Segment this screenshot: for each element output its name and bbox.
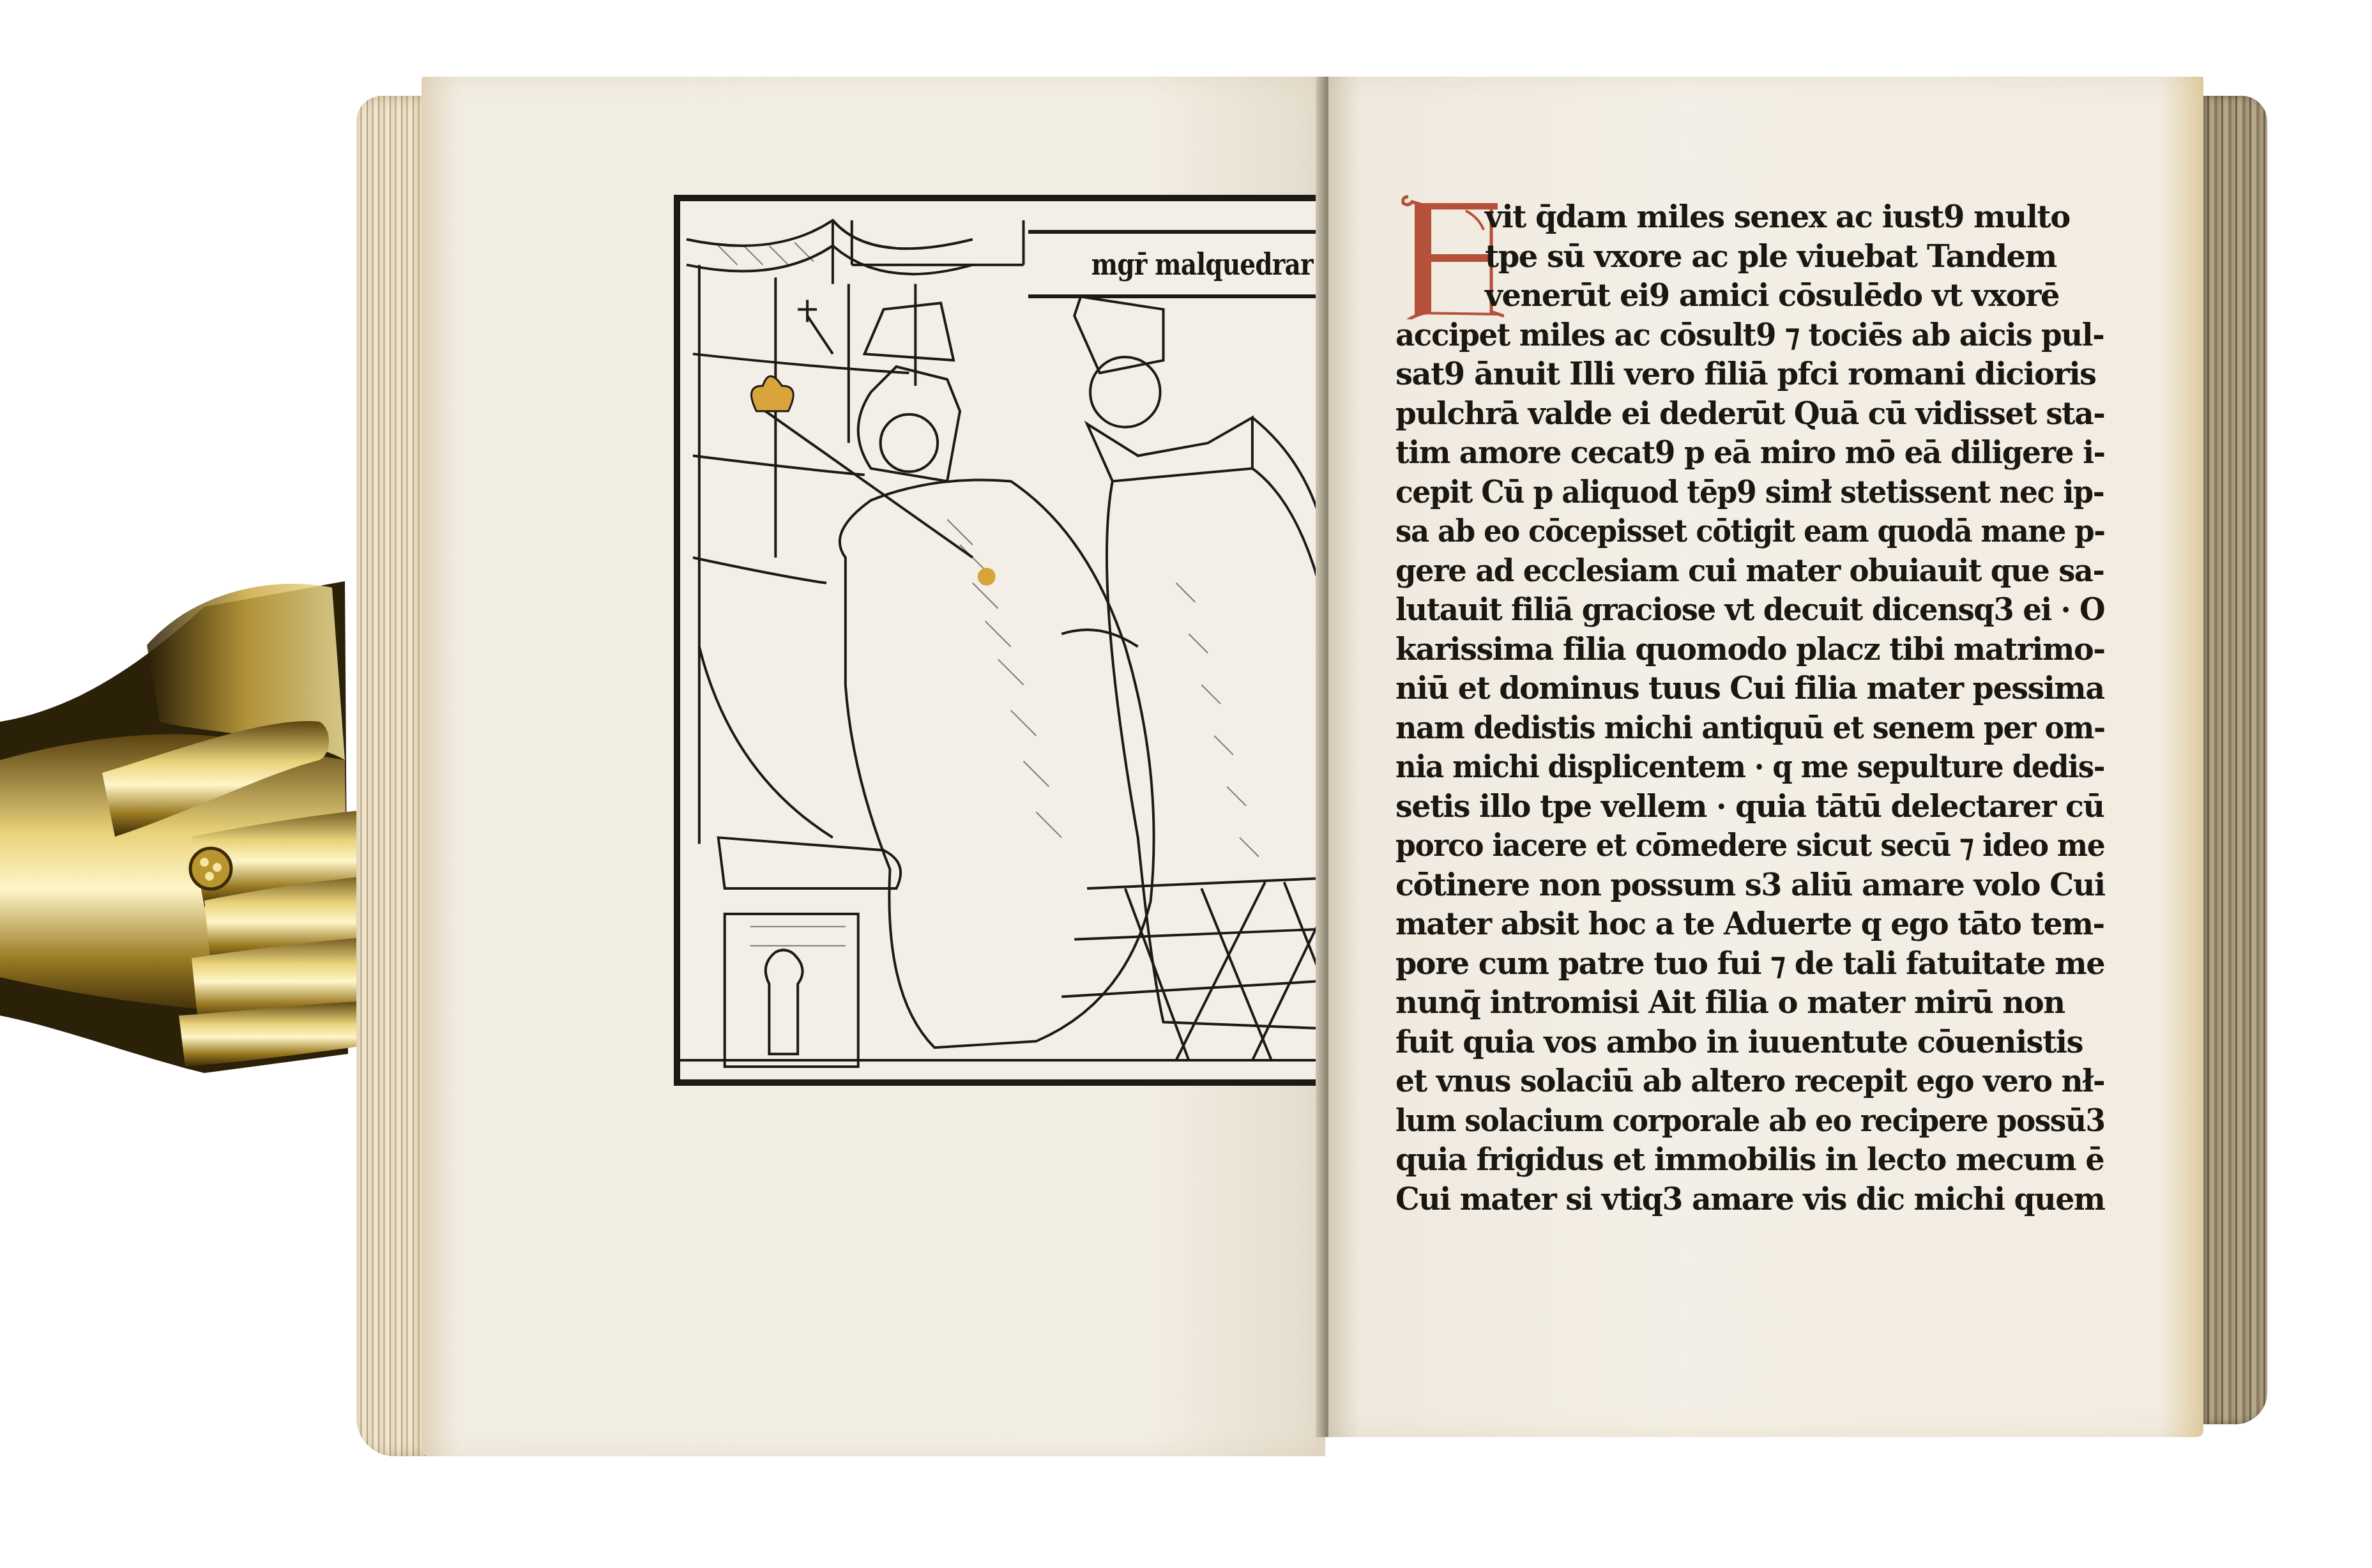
text-line: nia michi displicentem · q me sepulture … xyxy=(1395,748,2061,788)
text-line: cepit Cū p aliquod tēp9 simł stetissent … xyxy=(1395,473,2069,513)
text-line: sat9 ānuit Illi vero filiā pfci romani d… xyxy=(1395,355,2104,395)
right-fore-edge xyxy=(2200,96,2267,1424)
text-line: sa ab eo cōcepisset cōtigit eam quodā ma… xyxy=(1395,512,2060,552)
text-line: quia frigidus et immobilis in lecto mecu… xyxy=(1395,1141,2102,1180)
text-line: nam dedistis michi antiquū et senem per … xyxy=(1395,709,2074,749)
text-line: vit q̄dam miles senex ac iust9 multo xyxy=(1395,198,2104,238)
text-line: tpe sū vxore ac ple viuebat Tandem xyxy=(1395,238,2104,277)
printed-text-block: vit q̄dam miles senex ac iust9 multo tpe… xyxy=(1395,198,2104,1219)
text-line: setis illo tpe vellem · quia tātū delect… xyxy=(1395,788,2096,827)
woodcut-illustration: mgr̄ malquedrar xyxy=(674,195,1386,1086)
text-line: mater absit hoc a te Aduerte q ego tāto … xyxy=(1395,905,2091,945)
photograph-scene: mgr̄ malquedrar vit q̄dam miles senex ac… xyxy=(0,0,2372,1568)
open-book: mgr̄ malquedrar vit q̄dam miles senex ac… xyxy=(345,77,2267,1495)
text-line: gere ad ecclesiam cui mater obuiauit que… xyxy=(1395,552,2083,591)
text-line: venerūt ei9 amici cōsulēdo vt vxorē xyxy=(1395,277,2104,316)
text-line: karissima filia quomodo placz tibi matri… xyxy=(1395,630,2099,670)
text-line: et vnus solaciū ab altero recepit ego ve… xyxy=(1395,1062,2091,1102)
text-line: lum solacium corporale ab eo recipere po… xyxy=(1395,1102,2065,1141)
text-line: accipet miles ac cōsult9 ⁊ tociēs ab aic… xyxy=(1395,316,2087,356)
banner-label: mgr̄ malquedrar xyxy=(1091,247,1313,282)
text-line: nunq̄ intromisi Ait filia o mater mirū n… xyxy=(1395,984,2104,1023)
text-line: fuit quia vos ambo in iuuentute cōuenist… xyxy=(1395,1023,2104,1063)
text-line: cōtinere non possum s3 aliū amare volo C… xyxy=(1395,866,2100,906)
text-line: tim amore cecat9 p eā miro mō eā diliger… xyxy=(1395,434,2090,473)
text-line: lutauit filiā graciose vt decuit dicensq… xyxy=(1395,591,2084,630)
left-page: mgr̄ malquedrar xyxy=(422,77,1325,1456)
woodcut-scene-icon xyxy=(680,201,1380,1079)
text-line: porco iacere et cōmedere sicut secū ⁊ id… xyxy=(1395,826,2067,866)
right-page: vit q̄dam miles senex ac iust9 multo tpe… xyxy=(1328,77,2203,1437)
text-line: Cui mater si vtiq3 amare vis dic michi q… xyxy=(1395,1180,2095,1220)
text-line: niū et dominus tuus Cui filia mater pess… xyxy=(1395,669,2098,709)
text-line: pulchrā valde ei dederūt Quā cū vidisset… xyxy=(1395,395,2090,434)
text-line: pore cum patre tuo fui ⁊ de tali fatuita… xyxy=(1395,945,2100,984)
